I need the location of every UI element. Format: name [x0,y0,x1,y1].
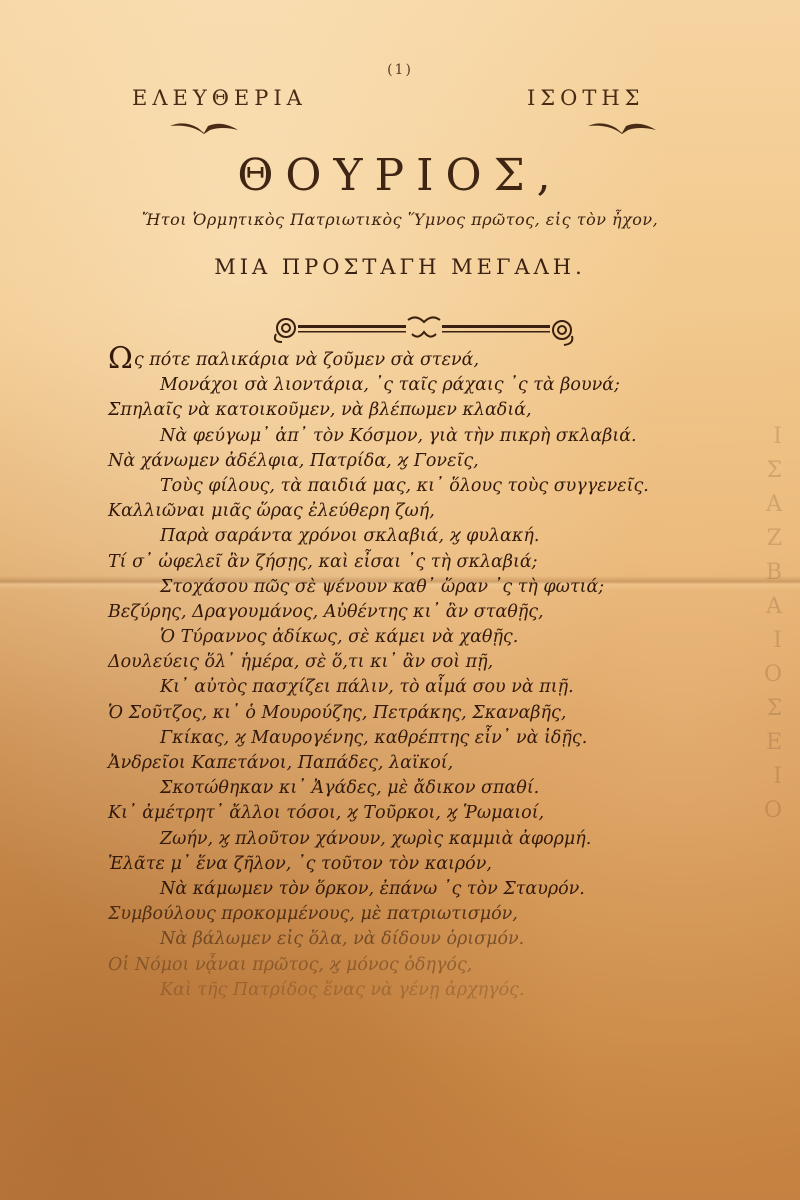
poem-line: Ως πότε παλικάρια νὰ ζοῦμεν σὰ στενά, [108,348,768,373]
poem-line: Καὶ τῆς Πατρίδος ἕνας νὰ γένῃ ἀρχηγός. [108,978,768,1003]
flourish-ornament-icon [168,120,240,136]
decorative-divider-icon [268,312,580,348]
document-title: ΘΟΥΡΙΟΣ, [0,150,800,201]
flourish-ornament-icon [586,120,658,136]
tune-heading: ΜΙΑ ΠΡΟΣΤΑΓΗ ΜΕΓΑΛΗ. [0,255,800,279]
poem-line: Γκίκας, ϗ Μαυρογένης, καθρέπτης εἶν᾽ νὰ … [108,726,768,751]
poem-line: Ζωήν, ϗ πλοῦτον χάνουν, χωρὶς καμμιὰ ἀφο… [108,827,768,852]
poem-line: Ἀνδρεῖοι Καπετάνοι, Παπάδες, λαϊκοί, [108,751,768,776]
poem-line: Κι᾽ ἀμέτρητ᾽ ἄλλοι τόσοι, ϗ Τοῦρκοι, ϗ Ῥ… [108,801,768,826]
poem-line: Νὰ βάλωμεν εἰς ὅλα, νὰ δίδουν ὁρισμόν. [108,927,768,952]
poem-body: Ως πότε παλικάρια νὰ ζοῦμεν σὰ στενά, Μο… [108,348,768,1003]
poem-line: Ὁ Σοῦτζος, κι᾽ ὁ Μουρούζης, Πετράκης, Σκ… [108,701,768,726]
poem-line: Κι᾽ αὐτὸς πασχίζει πάλιν, τὸ αἷμά σου νὰ… [108,675,768,700]
poem-line: Μονάχοι σὰ λιοντάρια, ᾽ς ταῖς ράχαις ᾽ς … [108,373,768,398]
document-subtitle: Ἤτοι Ὁρμητικὸς Πατριωτικὸς Ὕμνος πρῶτος,… [0,210,800,229]
motto-left: ΕΛΕΥΘΕΡΙΑ [132,86,307,110]
poem-line: Στοχάσου πῶς σὲ ψένουν καθ᾽ ὥραν ᾽ς τὴ φ… [108,575,768,600]
poem-line: Νὰ φεύγωμ᾽ ἀπ᾽ τὸν Κόσμον, γιὰ τὴν πικρὴ… [108,424,768,449]
page-number: (1) [0,62,800,78]
poem-line: Ὁ Τύραννος ἀδίκως, σὲ κάμει νὰ χαθῇς. [108,625,768,650]
poem-line: Συμβούλους προκομμένους, μὲ πατριωτισμόν… [108,902,768,927]
poem-line: Τοὺς φίλους, τὰ παιδιά μας, κι᾽ ὅλους το… [108,474,768,499]
poem-line: Ἐλᾶτε μ᾽ ἕνα ζῆλον, ᾽ς τοῦτον τὸν καιρόν… [108,852,768,877]
poem-line: Σπηλαῖς νὰ κατοικοῦμεν, νὰ βλέπωμεν κλαδ… [108,398,768,423]
drop-initial: Ω [108,341,133,376]
poem-line: Δουλεύεις ὅλ᾽ ἡμέρα, σὲ ὅ,τι κι᾽ ἂν σοὶ … [108,650,768,675]
poem-line: Νὰ χάνωμεν ἀδέλφια, Πατρίδα, ϗ Γονεῖς, [108,449,768,474]
poem-line: Καλλιῶναι μιᾶς ὥρας ἐλεύθερη ζωή, [108,499,768,524]
poem-line: Τί σ᾽ ὠφελεῖ ἂν ζήσῃς, καὶ εἶσαι ᾽ς τὴ σ… [108,550,768,575]
motto-right: ΙΣΟΤΗΣ [527,86,645,110]
poem-line: Βεζύρης, Δραγουμάνος, Αὐθέντης κι᾽ ἂν στ… [108,600,768,625]
poem-line: Σκοτώθηκαν κι᾽ Ἀγάδες, μὲ ἄδικον σπαθί. [108,776,768,801]
bleed-through-text: Ι Σ Α Ζ Β Α Ι Ο Σ Ε Ι Ο [702,420,782,828]
poem-line: Παρὰ σαράντα χρόνοι σκλαβιά, ϗ φυλακή. [108,524,768,549]
poem-line: Οἱ Νόμοι νᾆναι πρῶτος, ϗ μόνος ὁδηγός, [108,953,768,978]
poem-line: Νὰ κάμωμεν τὸν ὅρκον, ἐπάνω ᾽ς τὸν Σταυρ… [108,877,768,902]
